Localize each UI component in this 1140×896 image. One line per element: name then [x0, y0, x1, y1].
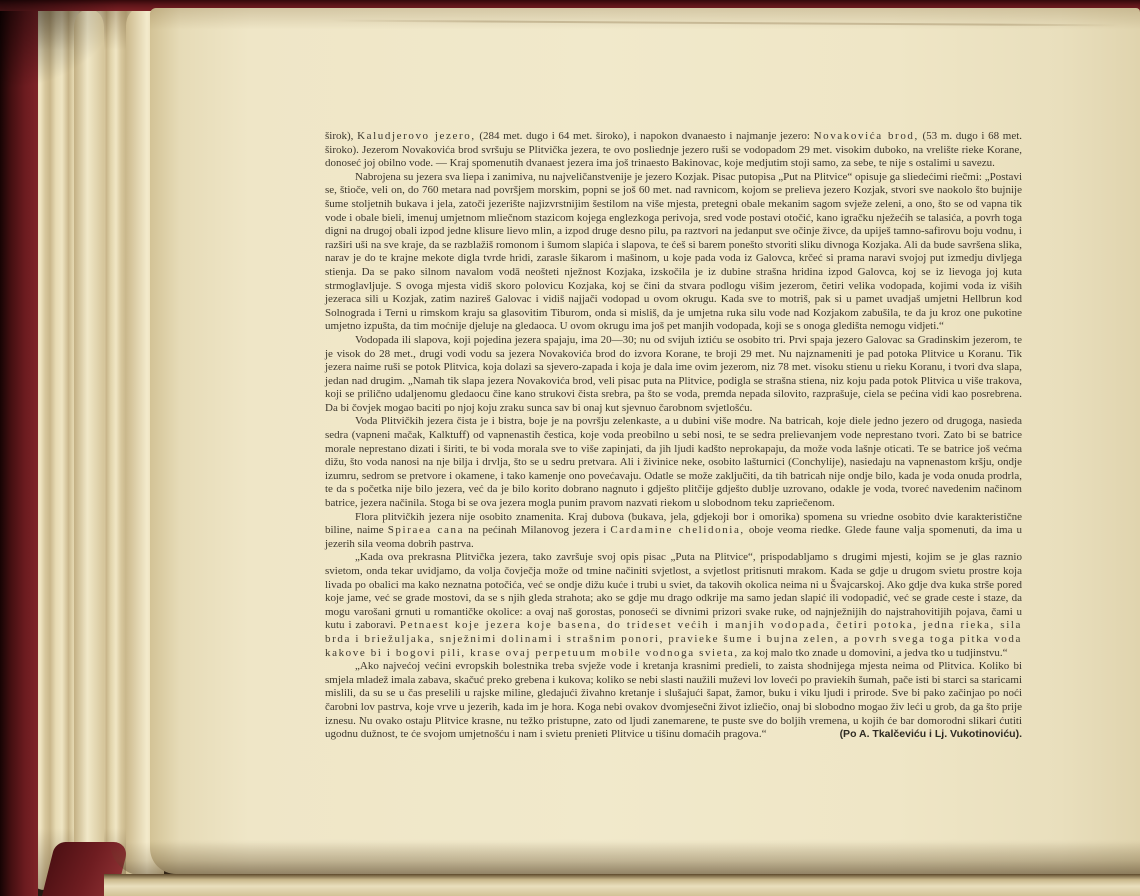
spaced-text: Cardamine chelidonia, [610, 524, 744, 536]
paragraph: „Kada ova prekrasna Plitvička jezera, ta… [325, 551, 1022, 660]
spaced-text: Spiraea cana [388, 524, 464, 536]
text-run: za koj malo tko znade u domovini, a jedv… [739, 647, 1008, 659]
spaced-text: Kaludjerovo jezero, [357, 130, 476, 142]
text-run: širok), [325, 130, 357, 142]
spaced-text: Novakovića brod, [814, 130, 919, 142]
bottom-page-edges [104, 874, 1140, 896]
book-scan: širok), Kaludjerovo jezero, (284 met. du… [0, 0, 1140, 896]
paragraph: Nabrojena su jezera sva liepa i zanimiva… [325, 171, 1022, 334]
page-edge-strip [74, 10, 104, 894]
paragraph: Vodopada ili slapova, koji pojedina jeze… [325, 334, 1022, 416]
paragraph: Voda Plitvičkih jezera čista je i bistra… [325, 415, 1022, 510]
page-text: širok), Kaludjerovo jezero, (284 met. du… [325, 130, 1022, 742]
book-cover-spine [0, 0, 38, 896]
corner-shadow [0, 0, 120, 90]
paragraph: širok), Kaludjerovo jezero, (284 met. du… [325, 130, 1022, 171]
text-run: Nabrojena su jezera sva liepa i zanimiva… [325, 171, 1022, 333]
text-run: (284 met. dugo i 64 met. široko), i napo… [476, 130, 814, 142]
page-bottom-shadow [110, 842, 1140, 876]
text-run: Voda Plitvičkih jezera čista je i bistra… [325, 415, 1022, 509]
paragraph: Flora plitvičkih jezera nije osobito zna… [325, 511, 1022, 552]
page-edges-stack [30, 6, 156, 890]
text-run: Vodopada ili slapova, koji pojedina jeze… [325, 334, 1022, 414]
text-run: na pećinah Milanovog jezera i [464, 524, 610, 536]
